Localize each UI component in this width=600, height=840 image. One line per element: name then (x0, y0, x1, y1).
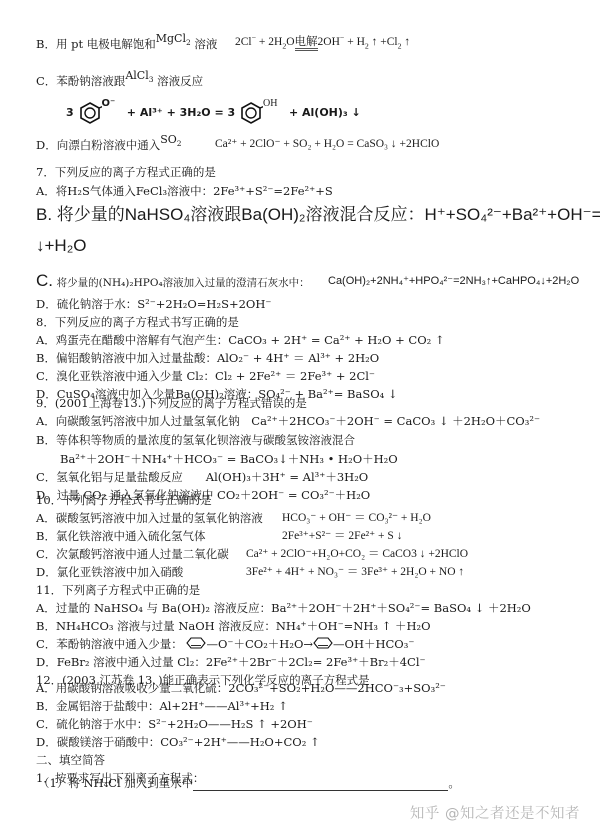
q10-a-equation: HCO₃⁻ + OH⁻ ＝ CO₃²⁻ + H₂O (282, 510, 431, 526)
q6-d-equation: Ca²⁺ + 2ClO⁻ + SO₂ + H₂O = CaSO₃ ↓ +2HCl… (215, 136, 439, 152)
q10-option-b: B．氯化铁溶液中通入硫化氢气体 (36, 528, 205, 544)
q6-c-structural-equation: 3 O⁻ + Al³⁺ + 3H₂O = 3 OH + Al(OH)₃ ↓ (66, 99, 361, 127)
benzene-ring-icon (78, 101, 102, 125)
option-text: B．用 pt 电极电解饱和 (36, 37, 156, 51)
watermark: 知乎 @知之者还是不知者 (410, 802, 580, 823)
q11-option-c: C．苯酚钠溶液中通入少量： —O⁻＋CO₂＋H₂O→ —OH＋HCO₃⁻ (36, 636, 414, 652)
q6-option-b: B．用 pt 电极电解饱和MgCl2 溶液 (36, 36, 217, 52)
q10-b-equation: 2Fe³⁺+S²⁻ ＝ 2Fe²⁺ + S ↓ (282, 528, 402, 544)
q10-d-equation: 3Fe²⁺ + 4H⁺ + NO₃⁻ ＝ 3Fe³⁺ + 2H₂O + NO ↑ (246, 564, 464, 580)
reagent: SO2 (160, 133, 181, 146)
q7-option-a: A．将H₂S气体通入FeCl₃溶液中：2Fe³⁺+S²⁻=2Fe²⁺+S (36, 183, 333, 199)
reagent: AlCl3 (125, 69, 153, 82)
q7-c-equation: Ca(OH)₂+2NH₄⁺+HPO₄²⁻=2NH₃↑+CaHPO₄↓+2H₂O (328, 273, 579, 289)
q11-option-a: A．过量的 NaHSO₄ 与 Ba(OH)₂ 溶液反应：Ba²⁺＋2OH⁻＋2H… (36, 600, 531, 616)
q8-option-a: A．鸡蛋壳在醋酸中溶解有气泡产生：CaCO₃ + 2H⁺ = Ca²⁺ + H₂… (36, 332, 445, 348)
option-text: 将少量的(NH₄)₂HPO₄溶液加入过量的澄清石灰水中： (57, 277, 310, 289)
q10-title: 10．下列离子方程式书写正确的是 (36, 492, 212, 508)
q9-option-c: C．氢氧化铝与足量盐酸反应 Al(OH)₃＋3H⁺ = Al³⁺＋3H₂O (36, 469, 368, 485)
option-label: C. (36, 271, 53, 290)
q9-option-b-eq: Ba²⁺＋2OH⁻＋NH₄⁺＋HCO₃⁻ = BaCO₃↓＋NH₃ • H₂O＋… (60, 451, 398, 467)
q11-option-d: D．FeBr₂ 溶液中通入过量 Cl₂：2Fe²⁺＋2Br⁻＋2Cl₂= 2Fe… (36, 654, 426, 670)
benzene-ring-icon (239, 101, 263, 125)
q11-option-b: B．NH₄HCO₃ 溶液与过量 NaOH 溶液反应：NH₄⁺＋OH⁻=NH₃ ↑… (36, 618, 431, 634)
section2-q1-1: （1）将 NH₄Cl 加入到重水中。 (38, 775, 460, 791)
q10-c-equation: Ca²⁺ + 2ClO⁻+H₂O+CO₂ ＝ CaCO3 ↓ +2HClO (246, 546, 468, 562)
electrolysis-condition: 电解 (295, 36, 318, 51)
option-suffix: 溶液反应 (157, 74, 203, 88)
q8-option-b: B．偏铝酸钠溶液中加入过量盐酸：AlO₂⁻ + 4H⁺ ＝ Al³⁺ + 2H₂… (36, 350, 379, 366)
q7-option-b: B. 将少量的NaHSO₄溶液跟Ba(OH)₂溶液混合反应：H⁺+SO₄²⁻+B… (36, 204, 600, 226)
section2-title: 二、填空简答 (36, 752, 105, 768)
q6-option-c: C．苯酚钠溶液跟AlCl3 溶液反应 (36, 73, 203, 89)
q12-option-c: C．硫化钠溶于水中：S²⁻+2H₂O——H₂S ↑ +2OH⁻ (36, 716, 313, 732)
q10-option-d: D．氯化亚铁溶液中加入硝酸 (36, 564, 183, 580)
q8-title: 8．下列反应的离子方程式书写正确的是 (36, 314, 239, 330)
q9-option-a: A．向碳酸氢钙溶液中加人过量氢氧化钠 Ca²⁺＋2HCO₃⁻＋2OH⁻ = Ca… (36, 413, 540, 429)
q7-option-c: C. 将少量的(NH₄)₂HPO₄溶液加入过量的澄清石灰水中： (36, 270, 310, 292)
q7-title: 7．下列反应的离子方程式正确的是 (36, 164, 216, 180)
reagent: MgCl2 (156, 32, 191, 45)
q9-title: 9．(2001上海卷13.)下列反应的离子方程式错误的是 (36, 395, 307, 411)
q12-option-d: D．碳酸镁溶于硝酸中：CO₃²⁻+2H⁺——H₂O+CO₂ ↑ (36, 734, 320, 750)
option-text: D．向漂白粉溶液中通入 (36, 138, 160, 152)
q7-option-b-cont: ↓+H₂O (36, 235, 87, 257)
option-text: C．苯酚钠溶液中通入少量： (36, 637, 183, 651)
q9-option-b: B．等体积等物质的量浓度的氢氧化钡溶液与碳酸氢铵溶液混合 (36, 432, 355, 448)
option-text: C．苯酚钠溶液跟 (36, 74, 125, 88)
q6-option-d: D．向漂白粉溶液中通入SO2 (36, 137, 182, 153)
q6-b-equation: 2Cl− + 2H2O电解2OH− + H2 ↑ +Cl2 ↑ (235, 34, 410, 50)
q7-option-d: D．硫化钠溶于水：S²⁻+2H₂O=H₂S+2OH⁻ (36, 296, 271, 312)
benzene-ring-icon (313, 637, 333, 649)
q10-option-c: C．次氯酸钙溶液中通人过量二氧化碳 (36, 546, 229, 562)
q8-option-c: C．溴化亚铁溶液中通入少量 Cl₂：Cl₂ + 2Fe²⁺ ＝ 2Fe³⁺ + … (36, 368, 375, 384)
q12-option-a: A．用碳酸钠溶液吸收少量二氧化硫：2CO₃²⁻+SO₂+H₂O——2HCO⁻₃+… (36, 680, 446, 696)
period: 。 (448, 776, 460, 790)
benzene-ring-icon (186, 637, 206, 649)
prompt-text: （1）将 NH₄Cl 加入到重水中 (38, 776, 193, 790)
q10-option-a: A．碳酸氢钙溶液中加入过量的氢氧化钠溶液 (36, 510, 263, 526)
q11-title: 11．下列离子方程式中正确的是 (36, 582, 200, 598)
answer-blank[interactable] (193, 779, 448, 791)
option-suffix: 溶液 (194, 37, 217, 51)
q12-option-b: B．金属铝溶于盐酸中：Al+2H⁺——Al³⁺+H₂ ↑ (36, 698, 288, 714)
